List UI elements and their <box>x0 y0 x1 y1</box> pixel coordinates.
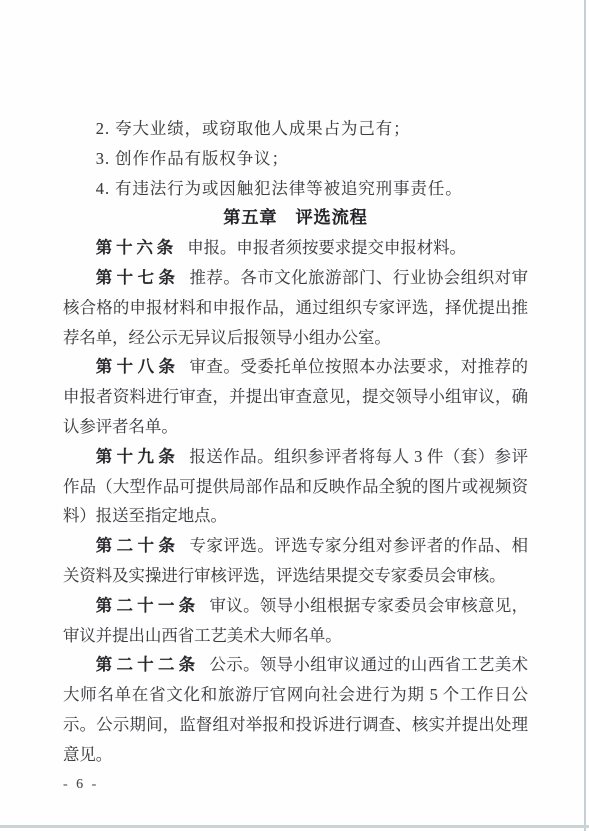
article-term: 第十六条 <box>96 238 177 257</box>
chapter-heading: 第五章 评选流程 <box>63 203 528 233</box>
article-term: 第二十条 <box>96 536 180 555</box>
article-term: 第十七条 <box>96 268 180 287</box>
scan-edge-bottom <box>0 825 589 828</box>
article-term: 第二十二条 <box>96 655 200 674</box>
article-paragraph: 第十八条审查。受委托单位按照本办法要求，对推荐的申报者资料进行审查，并提出审查意… <box>63 352 528 441</box>
article-term: 第二十一条 <box>96 596 200 615</box>
document-content: 2. 夸大业绩，或窃取他人成果占为己有； 3. 创作作品有版权争议； 4. 有违… <box>63 114 528 799</box>
article-term: 第十九条 <box>96 447 179 466</box>
numbered-list: 2. 夸大业绩，或窃取他人成果占为己有； 3. 创作作品有版权争议； 4. 有违… <box>63 114 528 203</box>
list-item: 4. 有违法行为或因触犯法律等被追究刑事责任。 <box>63 174 528 204</box>
article-paragraph: 第十九条报送作品。组织参评者将每人 3 件（套）参评作品（大型作品可提供局部作品… <box>63 442 528 531</box>
articles-section: 第十六条申报。申报者须按要求提交申报材料。 第十七条推荐。各市文化旅游部门、行业… <box>63 233 528 769</box>
article-paragraph: 第二十一条审议。领导小组根据专家委员会审核意见，审议并提出山西省工艺美术大师名单… <box>63 591 528 651</box>
scanned-document-page: 2. 夸大业绩，或窃取他人成果占为己有； 3. 创作作品有版权争议； 4. 有违… <box>0 0 589 831</box>
list-item: 2. 夸大业绩，或窃取他人成果占为己有； <box>63 114 528 144</box>
page-number: - 6 - <box>63 770 528 800</box>
article-paragraph: 第二十二条公示。领导小组审议通过的山西省工艺美术大师名单在省文化和旅游厅官网向社… <box>63 650 528 769</box>
article-text: 申报。申报者须按要求提交申报材料。 <box>187 238 466 257</box>
list-item: 3. 创作作品有版权争议； <box>63 144 528 174</box>
article-paragraph: 第二十条专家评选。评选专家分组对参评者的作品、相关资料及实操进行审核评选，评选结… <box>63 531 528 591</box>
article-paragraph: 第十六条申报。申报者须按要求提交申报材料。 <box>63 233 528 263</box>
article-paragraph: 第十七条推荐。各市文化旅游部门、行业协会组织对审核合格的申报材料和申报作品，通过… <box>63 263 528 352</box>
article-term: 第十八条 <box>96 357 180 376</box>
scan-edge-right <box>584 0 586 831</box>
